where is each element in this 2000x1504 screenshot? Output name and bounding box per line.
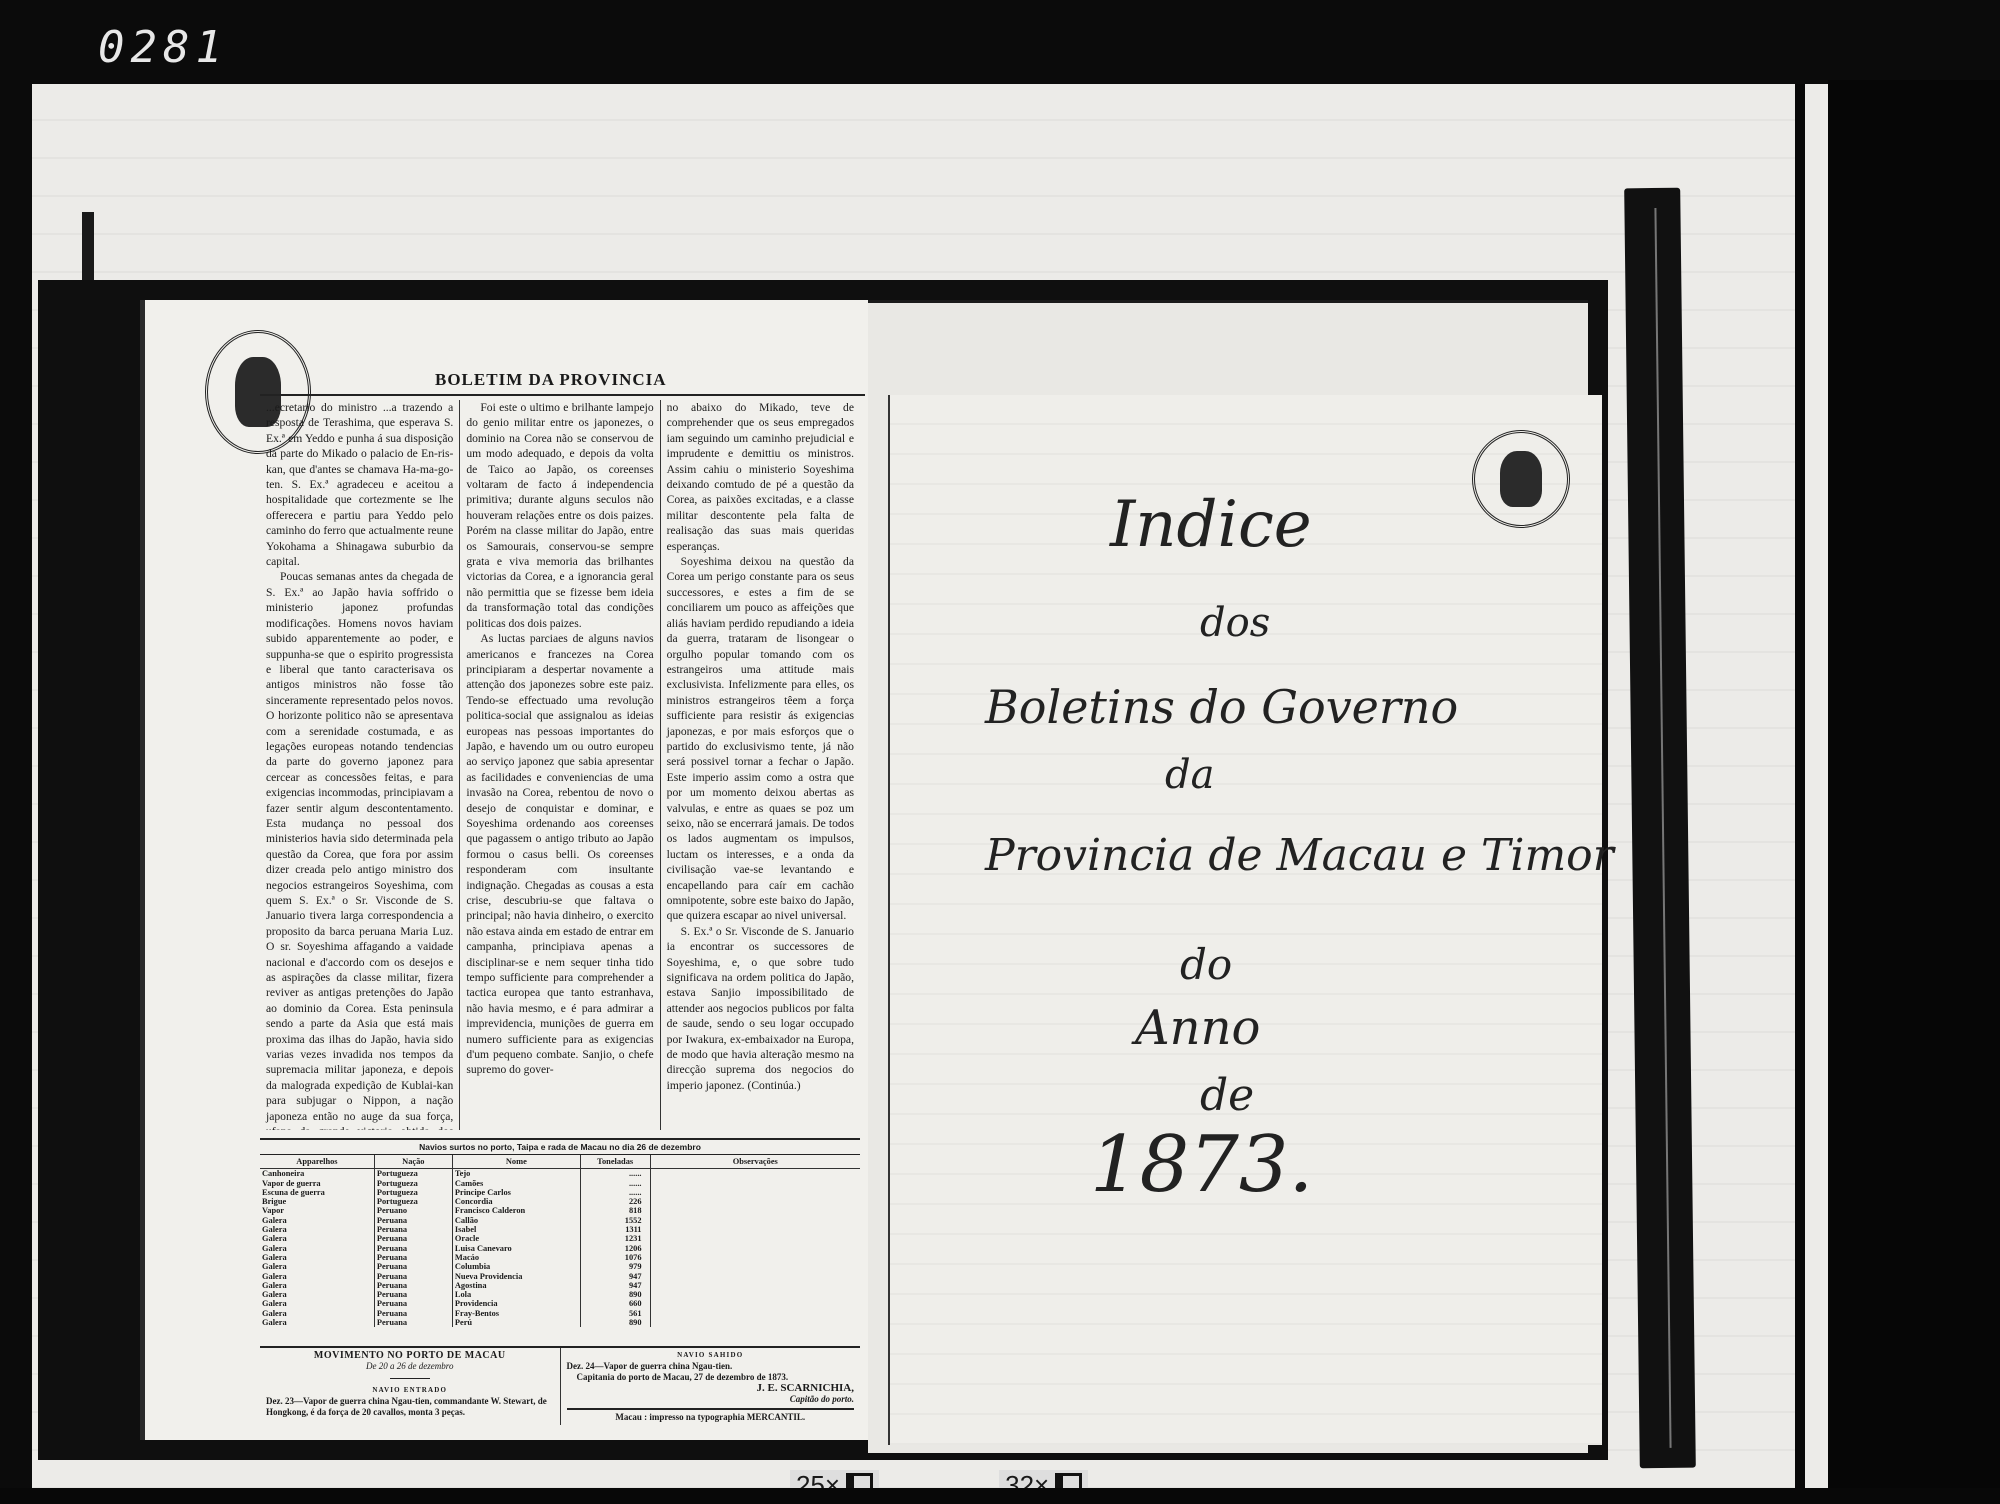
table-cell: Galera	[260, 1281, 374, 1290]
table-cell	[650, 1188, 860, 1197]
table-cell: ......	[580, 1179, 650, 1188]
table-cell: Peruana	[374, 1309, 452, 1318]
table-row: GaleraPeruanaPerú890	[260, 1318, 860, 1327]
table-cell: Columbia	[452, 1262, 580, 1271]
table-cell: Callão	[452, 1216, 580, 1225]
table-row: GaleraPeruanaMacáo1076	[260, 1253, 860, 1262]
table-cell: Galera	[260, 1225, 374, 1234]
table-cell: 947	[580, 1281, 650, 1290]
column-header: Nome	[452, 1155, 580, 1169]
port-movement-right: NAVIO SAHIDO Dez. 24—Vapor de guerra chi…	[561, 1348, 861, 1425]
signature-title: Capitão do porto.	[567, 1394, 855, 1405]
port-movement-section: MOVIMENTO NO PORTO DE MACAU De 20 a 26 d…	[260, 1346, 860, 1425]
table-cell: Portugueza	[374, 1169, 452, 1179]
table-cell: Canhoneira	[260, 1169, 374, 1179]
article-column-3: no abaixo do Mikado, teve de comprehende…	[660, 400, 860, 1130]
column-header: Apparelhos	[260, 1155, 374, 1169]
handwritten-line: da	[1165, 752, 1214, 798]
table-cell: Portugueza	[374, 1197, 452, 1206]
port-movement-left: MOVIMENTO NO PORTO DE MACAU De 20 a 26 d…	[260, 1348, 561, 1425]
table-cell: 947	[580, 1272, 650, 1281]
table-row: BriguePortuguezaConcordia226	[260, 1197, 860, 1206]
table-cell	[650, 1225, 860, 1234]
table-cell: Galera	[260, 1272, 374, 1281]
table-cell: Brigue	[260, 1197, 374, 1206]
entered-label: NAVIO ENTRADO	[266, 1385, 554, 1396]
table-cell: 226	[580, 1197, 650, 1206]
table-row: GaleraPeruanaFray-Bentos561	[260, 1309, 860, 1318]
table-cell	[650, 1290, 860, 1299]
bottom-dark-edge	[0, 1488, 2000, 1504]
table-cell: Tejo	[452, 1169, 580, 1179]
table-cell: Peruana	[374, 1244, 452, 1253]
table-cell: Luisa Canevaro	[452, 1244, 580, 1253]
table-cell: Oracle	[452, 1234, 580, 1243]
ships-table-caption: Navios surtos no porto, Taipa e rada de …	[260, 1138, 860, 1155]
table-cell	[650, 1253, 860, 1262]
table-cell: Galera	[260, 1216, 374, 1225]
table-cell: Camões	[452, 1179, 580, 1188]
signature-name: J. E. SCARNICHIA,	[567, 1383, 855, 1394]
table-cell: Peruana	[374, 1299, 452, 1308]
table-cell: Galera	[260, 1290, 374, 1299]
table-cell: Galera	[260, 1244, 374, 1253]
table-cell	[650, 1197, 860, 1206]
table-row: GaleraPeruanaNueva Providencia947	[260, 1272, 860, 1281]
table-cell: Providencia	[452, 1299, 580, 1308]
table-cell: 1206	[580, 1244, 650, 1253]
table-row: GaleraPeruanaColumbia979	[260, 1262, 860, 1271]
table-row: GaleraPeruanaCallão1552	[260, 1216, 860, 1225]
table-cell: 1311	[580, 1225, 650, 1234]
table-cell: Peruana	[374, 1225, 452, 1234]
table-cell: Principe Carlos	[452, 1188, 580, 1197]
table-cell	[650, 1179, 860, 1188]
departed-label: NAVIO SAHIDO	[567, 1350, 855, 1361]
table-cell	[650, 1272, 860, 1281]
coat-of-arms-icon	[1500, 451, 1542, 506]
table-row: VaporPeruanoFrancisco Calderon818	[260, 1206, 860, 1215]
article-paragraph: As luctas parciaes de alguns navios amer…	[466, 631, 653, 1078]
official-seal-stamp	[1472, 430, 1570, 528]
table-cell	[650, 1262, 860, 1271]
table-cell: Macáo	[452, 1253, 580, 1262]
article-paragraph: Soyeshima deixou na questão da Corea um …	[667, 554, 854, 924]
table-cell: Galera	[260, 1299, 374, 1308]
table-cell	[650, 1169, 860, 1179]
table-row: GaleraPeruanaLuisa Canevaro1206	[260, 1244, 860, 1253]
table-cell: Francisco Calderon	[452, 1206, 580, 1215]
table-row: GaleraPeruanaOracle1231	[260, 1234, 860, 1243]
table-cell: Peruana	[374, 1234, 452, 1243]
table-cell: Escuna de guerra	[260, 1188, 374, 1197]
table-cell: Fray-Bentos	[452, 1309, 580, 1318]
article-paragraph: Foi este o ultimo e brilhante lampejo do…	[466, 400, 653, 631]
handwritten-title: Indice	[1110, 488, 1312, 562]
movement-title: MOVIMENTO NO PORTO DE MACAU	[266, 1350, 554, 1361]
column-header: Nação	[374, 1155, 452, 1169]
table-row: Escuna de guerraPortuguezaPrincipe Carlo…	[260, 1188, 860, 1197]
table-cell: ......	[580, 1188, 650, 1197]
margin-strip	[1805, 84, 1828, 1489]
entered-text: Dez. 23—Vapor de guerra china Ngau-tien,…	[266, 1396, 554, 1418]
table-cell: Peruana	[374, 1290, 452, 1299]
table-cell: Vapor de guerra	[260, 1179, 374, 1188]
table-cell: Peruana	[374, 1272, 452, 1281]
table-cell: Galera	[260, 1253, 374, 1262]
table-cell: Galera	[260, 1318, 374, 1327]
table-cell: 1076	[580, 1253, 650, 1262]
handwritten-line: dos	[1200, 600, 1270, 646]
article-paragraph: S. Ex.ª o Sr. Visconde de S. Januario ia…	[667, 924, 854, 1093]
article-paragraph: ...ecretario do ministro ...a trazendo a…	[266, 400, 453, 569]
table-cell: 890	[580, 1290, 650, 1299]
table-cell	[650, 1281, 860, 1290]
table-cell: Isabel	[452, 1225, 580, 1234]
column-header: Toneladas	[580, 1155, 650, 1169]
ships-in-port-section: Navios surtos no porto, Taipa e rada de …	[260, 1138, 860, 1327]
table-cell: Galera	[260, 1262, 374, 1271]
frame-number: 0281	[98, 22, 228, 73]
handwritten-line: Anno	[1135, 1000, 1260, 1056]
table-row: Vapor de guerraPortuguezaCamões......	[260, 1179, 860, 1188]
article-paragraph: no abaixo do Mikado, teve de comprehende…	[667, 400, 854, 554]
table-cell	[650, 1234, 860, 1243]
table-cell: Portugueza	[374, 1188, 452, 1197]
departed-text: Dez. 24—Vapor de guerra china Ngau-tien.	[567, 1361, 855, 1372]
article-paragraph: Poucas semanas antes da chegada de S. Ex…	[266, 569, 453, 1130]
table-cell	[650, 1216, 860, 1225]
table-row: GaleraPeruanaProvidencia660	[260, 1299, 860, 1308]
table-cell: Perú	[452, 1318, 580, 1327]
column-header: Observações	[650, 1155, 860, 1169]
table-cell: Peruana	[374, 1318, 452, 1327]
table-cell: Nueva Providencia	[452, 1272, 580, 1281]
table-cell: 818	[580, 1206, 650, 1215]
table-row: GaleraPeruanaIsabel1311	[260, 1225, 860, 1234]
table-cell: Peruana	[374, 1262, 452, 1271]
masthead-title: BOLETIM DA PROVINCIA	[435, 370, 667, 390]
table-cell: Vapor	[260, 1206, 374, 1215]
table-cell	[650, 1244, 860, 1253]
table-cell: Portugueza	[374, 1179, 452, 1188]
article-column-2: Foi este o ultimo e brilhante lampejo do…	[459, 400, 659, 1130]
table-cell: Galera	[260, 1309, 374, 1318]
table-cell: Lola	[452, 1290, 580, 1299]
table-cell	[650, 1309, 860, 1318]
handwritten-year: 1873.	[1090, 1120, 1313, 1210]
table-cell: Peruano	[374, 1206, 452, 1215]
table-cell: 979	[580, 1262, 650, 1271]
newspaper-page: BOLETIM DA PROVINCIA ...ecretario do min…	[140, 300, 871, 1440]
handwritten-line: Boletins do Governo	[985, 680, 1458, 734]
table-cell: Peruana	[374, 1281, 452, 1290]
masthead-rule	[260, 394, 865, 396]
table-cell: 660	[580, 1299, 650, 1308]
right-dark-edge	[1828, 80, 2000, 1504]
table-row: GaleraPeruanaAgostina947	[260, 1281, 860, 1290]
table-cell: 1231	[580, 1234, 650, 1243]
table-row: GaleraPeruanaLola890	[260, 1290, 860, 1299]
table-cell: Agostina	[452, 1281, 580, 1290]
handwritten-line: do	[1180, 940, 1232, 989]
ships-table-body: CanhoneiraPortuguezaTejo......Vapor de g…	[260, 1169, 860, 1328]
table-cell: 561	[580, 1309, 650, 1318]
article-columns: ...ecretario do ministro ...a trazendo a…	[260, 400, 860, 1130]
handwritten-line: de	[1200, 1070, 1254, 1121]
table-cell: 890	[580, 1318, 650, 1327]
printer-imprint: Macau : impresso na typographia MERCANTI…	[567, 1408, 855, 1423]
table-cell: 1552	[580, 1216, 650, 1225]
article-column-1: ...ecretario do ministro ...a trazendo a…	[260, 400, 459, 1130]
handwritten-line: Provincia de Macau e Timor	[985, 830, 1614, 881]
table-cell	[650, 1206, 860, 1215]
table-cell	[650, 1318, 860, 1327]
ships-table: Apparelhos Nação Nome Toneladas Observaç…	[260, 1155, 860, 1327]
table-cell: Concordia	[452, 1197, 580, 1206]
divider	[390, 1378, 430, 1379]
table-cell: Peruana	[374, 1216, 452, 1225]
table-cell	[650, 1299, 860, 1308]
table-cell: Galera	[260, 1234, 374, 1243]
table-row: CanhoneiraPortuguezaTejo......	[260, 1169, 860, 1179]
table-cell: ......	[580, 1169, 650, 1179]
movement-date-range: De 20 a 26 de dezembro	[266, 1361, 554, 1372]
table-cell: Peruana	[374, 1253, 452, 1262]
